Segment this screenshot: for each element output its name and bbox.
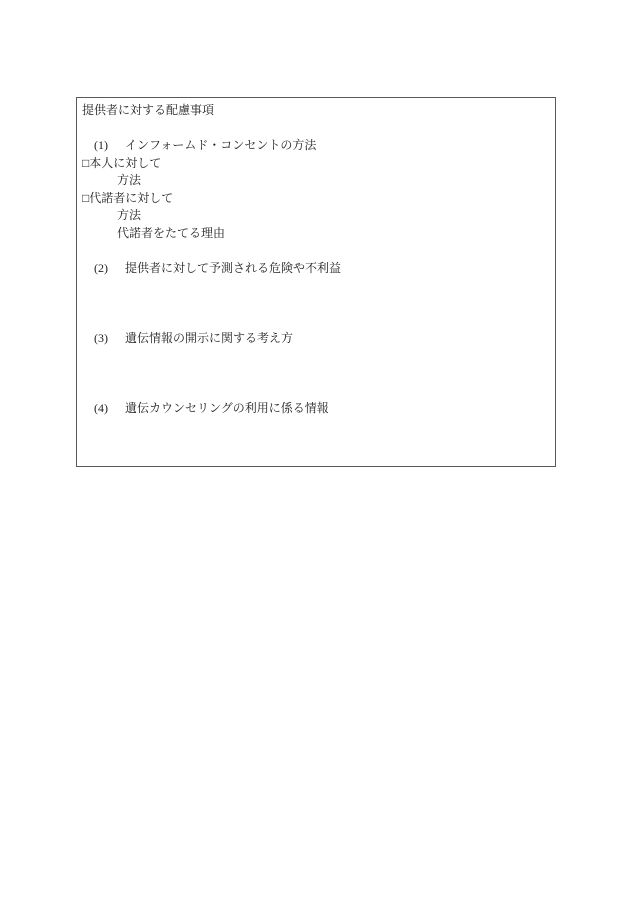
item-dainin: □代諾者に対して	[82, 190, 549, 208]
section-4-heading: (4)遺伝カウンセリングの利用に係る情報	[82, 400, 549, 418]
blank-area	[82, 347, 549, 400]
item-honnin-label: 本人に対して	[89, 156, 161, 170]
item-honnin: □本人に対して	[82, 155, 549, 173]
section-3-title: 遺伝情報の開示に関する考え方	[125, 331, 293, 345]
considerations-box: 提供者に対する配慮事項 (1)インフォームド・コンセントの方法 □本人に対して …	[76, 97, 556, 467]
item-dainin-method: 方法	[82, 207, 549, 225]
section-1-title: インフォームド・コンセントの方法	[125, 138, 316, 152]
section-1-number: (1)	[94, 137, 111, 155]
box-title: 提供者に対する配慮事項	[82, 102, 549, 120]
section-2-number: (2)	[94, 260, 111, 278]
item-honnin-method: 方法	[82, 172, 549, 190]
section-3-number: (3)	[94, 330, 111, 348]
section-2-heading: (2)提供者に対して予測される危険や不利益	[82, 260, 549, 278]
section-4-number: (4)	[94, 400, 111, 418]
blank-line	[82, 120, 549, 138]
item-dainin-reason: 代諾者をたてる理由	[82, 225, 549, 243]
section-2-title: 提供者に対して予測される危険や不利益	[125, 261, 341, 275]
blank-line	[82, 242, 549, 260]
section-1-heading: (1)インフォームド・コンセントの方法	[82, 137, 549, 155]
blank-area	[82, 277, 549, 330]
item-dainin-label: 代諾者に対して	[89, 191, 173, 205]
section-3-heading: (3)遺伝情報の開示に関する考え方	[82, 330, 549, 348]
document-page: 提供者に対する配慮事項 (1)インフォームド・コンセントの方法 □本人に対して …	[0, 0, 630, 915]
section-4-title: 遺伝カウンセリングの利用に係る情報	[125, 401, 329, 415]
